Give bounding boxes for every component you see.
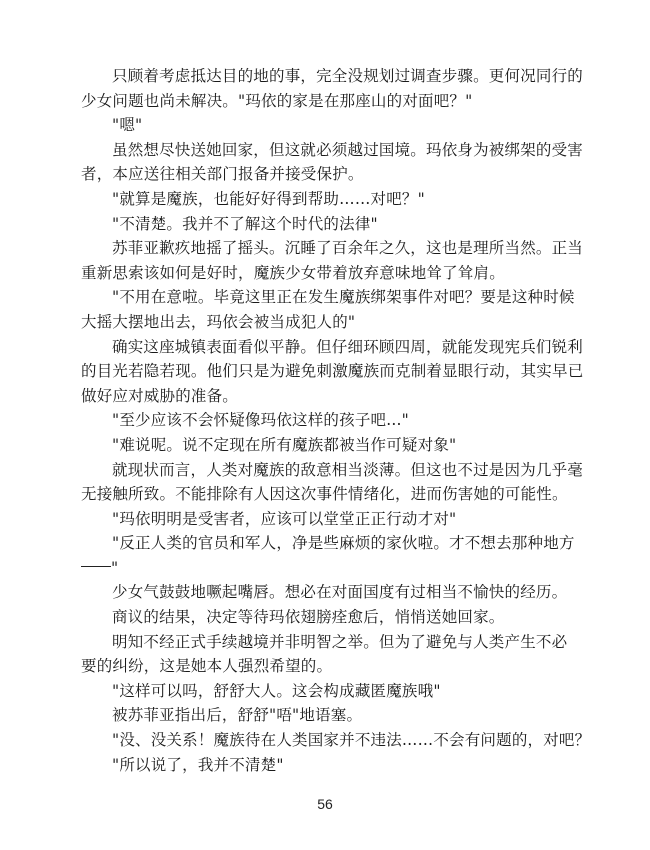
text-line: 少女问题也尚未解决。"玛依的家是在那座山的对面吧？" [81, 89, 569, 114]
text-line: 做好应对威胁的准备。 [81, 384, 569, 409]
text-line: 只顾着考虑抵达目的地的事，完全没规划过调查步骤。更何况同行的 [81, 64, 569, 89]
text-line: "嗯" [81, 113, 569, 138]
page-body: 只顾着考虑抵达目的地的事，完全没规划过调查步骤。更何况同行的 少女问题也尚未解决… [81, 64, 569, 777]
text-line: "不清楚。我并不了解这个时代的法律" [81, 212, 569, 237]
closing-quote: " [111, 559, 118, 577]
text-line: 虽然想尽快送她回家，但这就必须越过国境。玛依身为被绑架的受害 [81, 138, 569, 163]
text-line: 确实这座城镇表面看似平静。但仔细环顾四周，就能发现宪兵们锐利 [81, 335, 569, 360]
text-line: 重新思索该如何是好时，魔族少女带着放弃意味地耸了耸肩。 [81, 261, 569, 286]
text-line: "没、没关系！魔族待在人类国家并不违法……不会有问题的，对吧？ [81, 728, 569, 753]
text-line: 被苏菲亚指出后，舒舒"唔"地语塞。 [81, 703, 569, 728]
text-line: 的目光若隐若现。他们只是为避免刺激魔族而克制着显眼行动，其实早已 [81, 359, 569, 384]
text-line: 者，本应送往相关部门报备并接受保护。 [81, 162, 569, 187]
em-dash-rule [81, 566, 111, 567]
text-line: 无接触所致。不能排除有人因这次事件情绪化，进而伤害她的可能性。 [81, 482, 569, 507]
text-line: "难说呢。说不定现在所有魔族都被当作可疑对象" [81, 433, 569, 458]
text-line: 就现状而言，人类对魔族的敌意相当淡薄。但这也不过是因为几乎毫 [81, 458, 569, 483]
text-line: 大摇大摆地出去，玛依会被当成犯人的" [81, 310, 569, 335]
text-line: 明知不经正式手续越境并非明智之举。但为了避免与人类产生不必 [81, 630, 569, 655]
text-line: "玛依明明是受害者，应该可以堂堂正正行动才对" [81, 507, 569, 532]
text-line: "至少应该不会怀疑像玛依这样的孩子吧..." [81, 408, 569, 433]
text-line: "所以说了，我并不清楚" [81, 753, 569, 778]
page-number: 56 [0, 796, 650, 812]
text-line: "不用在意啦。毕竟这里正在发生魔族绑架事件对吧？要是这种时候 [81, 285, 569, 310]
text-line: "就算是魔族，也能好好得到帮助……对吧？" [81, 187, 569, 212]
text-line: "反正人类的官员和军人，净是些麻烦的家伙啦。才不想去那种地方 [81, 531, 569, 556]
text-line-dash: " [81, 556, 569, 581]
text-line: 要的纠纷，这是她本人强烈希望的。 [81, 654, 569, 679]
text-line: 商议的结果，决定等待玛依翅膀痊愈后，悄悄送她回家。 [81, 605, 569, 630]
text-line: 苏菲亚歉疚地摇了摇头。沉睡了百余年之久，这也是理所当然。正当 [81, 236, 569, 261]
text-line: 少女气鼓鼓地噘起嘴唇。想必在对面国度有过相当不愉快的经历。 [81, 580, 569, 605]
text-line: "这样可以吗，舒舒大人。这会构成藏匿魔族哦" [81, 679, 569, 704]
